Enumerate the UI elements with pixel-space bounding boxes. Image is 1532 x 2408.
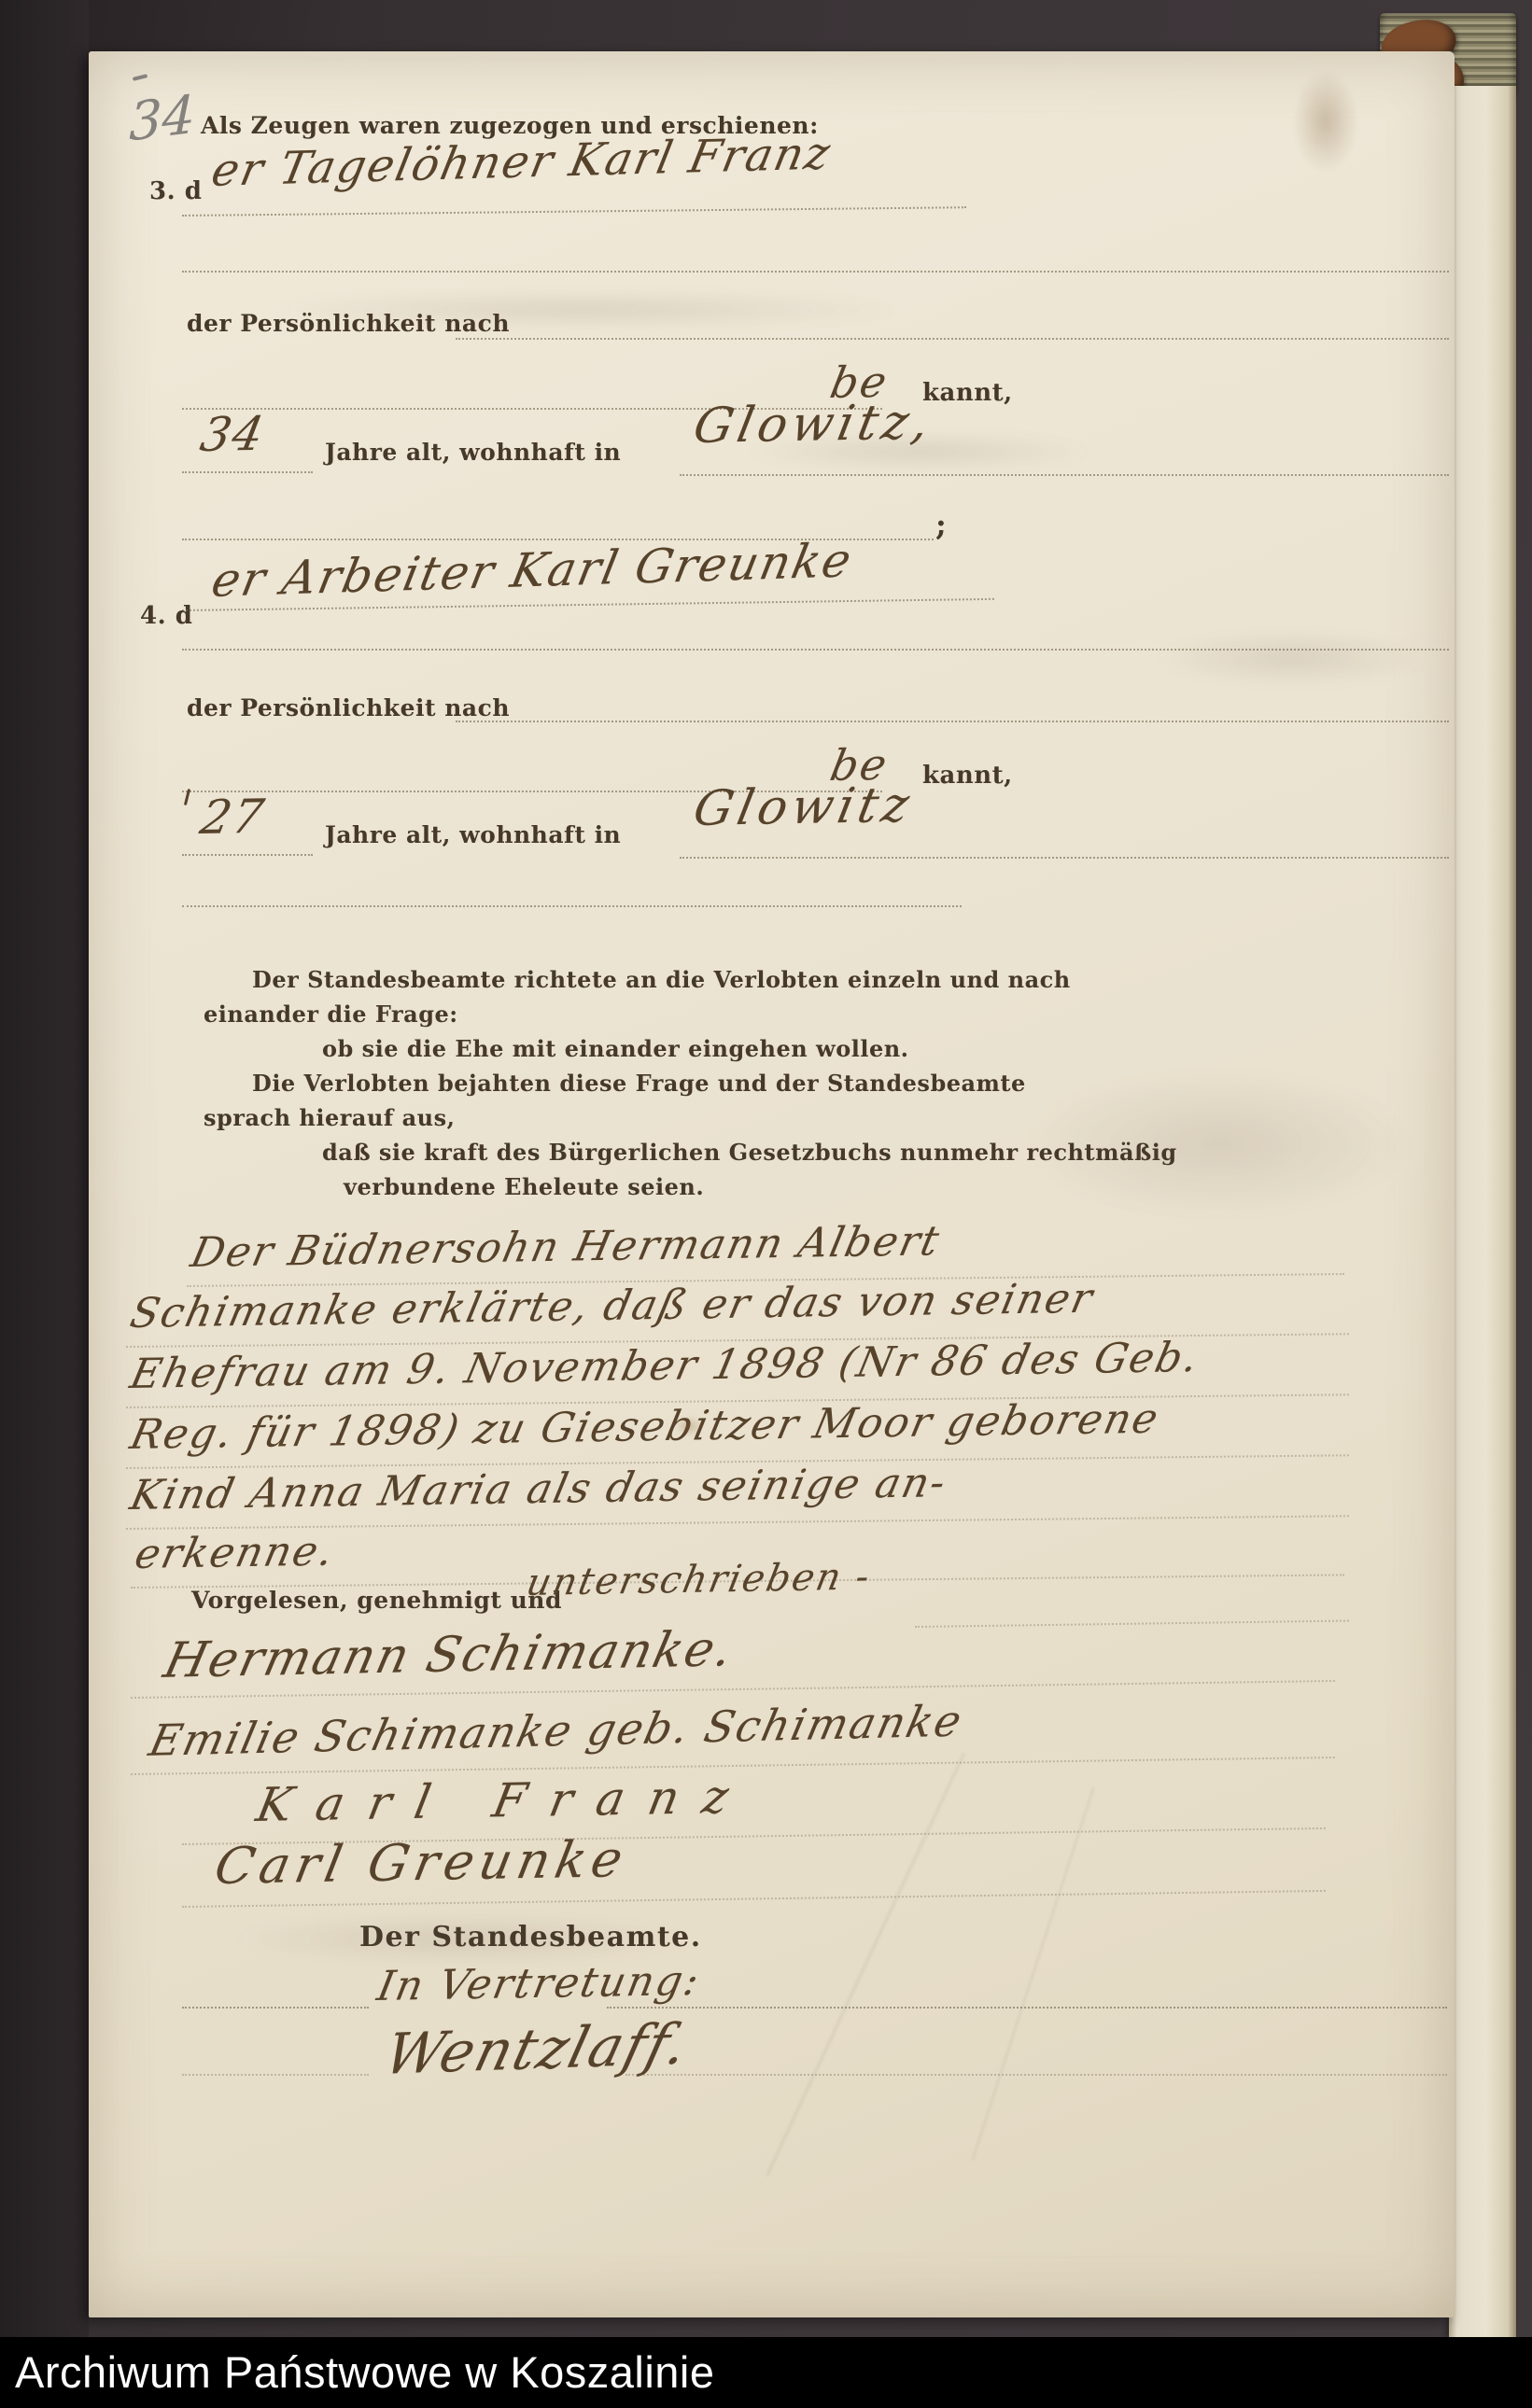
form-line <box>456 338 1449 340</box>
registrar-signature: Wentzlaff. <box>378 2011 696 2088</box>
witness4-identity-label: der Persönlichkeit nach <box>187 694 510 721</box>
form-line <box>607 2007 1447 2009</box>
witness4-number-prefix: 4. d <box>140 602 192 630</box>
form-line <box>182 206 966 217</box>
next-page-edge <box>1449 86 1516 2337</box>
closing-printed: Vorgelesen, genehmigt und <box>191 1587 562 1614</box>
registry-page: 34 Als Zeugen waren zugezogen und erschi… <box>89 51 1455 2317</box>
signature-groom: Hermann Schimanke. <box>159 1621 739 1689</box>
scan-backdrop-left <box>0 0 89 2408</box>
form-line <box>182 905 962 907</box>
witness4-identity-suffix: kannt, <box>922 762 1013 790</box>
declaration-line: Der Büdnersohn Hermann Albert <box>187 1217 945 1277</box>
ceremony-line: verbundene Eheleute seien. <box>344 1173 704 1200</box>
form-line <box>915 1620 1349 1628</box>
witness4-name-handwritten: er Arbeiter Karl Greunke <box>207 533 857 608</box>
form-line <box>680 857 1449 859</box>
form-line <box>182 471 313 473</box>
form-line <box>625 2074 1447 2076</box>
ceremony-line: Die Verlobten bejahten diese Frage und d… <box>252 1070 1026 1097</box>
witness3-line-end-mark: ; <box>935 507 947 542</box>
signature-witness3: Karl Franz <box>252 1770 757 1832</box>
bleedthrough-artifact <box>257 289 910 330</box>
ceremony-line: einander die Frage: <box>204 1001 458 1028</box>
form-line <box>182 854 313 856</box>
bleedthrough-artifact <box>1022 1069 1414 1218</box>
witness4-age-residence-label: Jahre alt, wohnhaft in <box>325 821 621 848</box>
witness4-residence-handwritten: Glowitz <box>689 777 919 837</box>
paper-stain <box>1293 70 1358 173</box>
closing-handwritten: unterschrieben - <box>523 1555 875 1604</box>
declaration-line: erkenne. <box>131 1527 339 1578</box>
witness3-age-residence-label: Jahre alt, wohnhaft in <box>325 439 621 466</box>
bleedthrough-artifact <box>229 1913 696 1965</box>
archive-scan: 34 Als Zeugen waren zugezogen und erschi… <box>0 0 1532 2408</box>
form-line <box>182 2007 369 2009</box>
form-line <box>182 2074 369 2076</box>
bleedthrough-artifact <box>1153 630 1433 686</box>
declaration-line: Kind Anna Maria als das seinige an- <box>126 1459 951 1519</box>
form-line <box>680 474 1449 476</box>
archive-watermark-bar: Archiwum Państwowe w Koszalinie <box>0 2337 1532 2408</box>
signature-witness4: Carl Greunke <box>210 1829 633 1896</box>
archive-watermark-text: Archiwum Państwowe w Koszalinie <box>0 2337 1532 2408</box>
paper-crease <box>766 1753 966 2177</box>
witness4-age-handwritten: 27 <box>196 790 270 845</box>
ceremony-line: Der Standesbeamte richtete an die Verlob… <box>252 966 1071 993</box>
ceremony-line: ob sie die Ehe mit einander eingehen wol… <box>322 1035 909 1062</box>
paper-stain <box>675 1416 703 1436</box>
form-line <box>182 271 1449 273</box>
signature-bride: Emilie Schimanke geb. Schimanke <box>145 1695 968 1766</box>
registrar-deputy-note: In Vertretung: <box>373 1957 705 2010</box>
witness3-number-prefix: 3. d <box>149 177 202 205</box>
witness3-age-handwritten: 34 <box>196 407 270 462</box>
bleedthrough-artifact <box>742 432 1097 471</box>
pencil-dash-mark <box>133 74 148 81</box>
form-line <box>456 721 1449 722</box>
ceremony-line: sprach hierauf aus, <box>204 1104 455 1131</box>
pencil-page-number: 34 <box>129 84 196 153</box>
paper-crease <box>971 1787 1095 2161</box>
